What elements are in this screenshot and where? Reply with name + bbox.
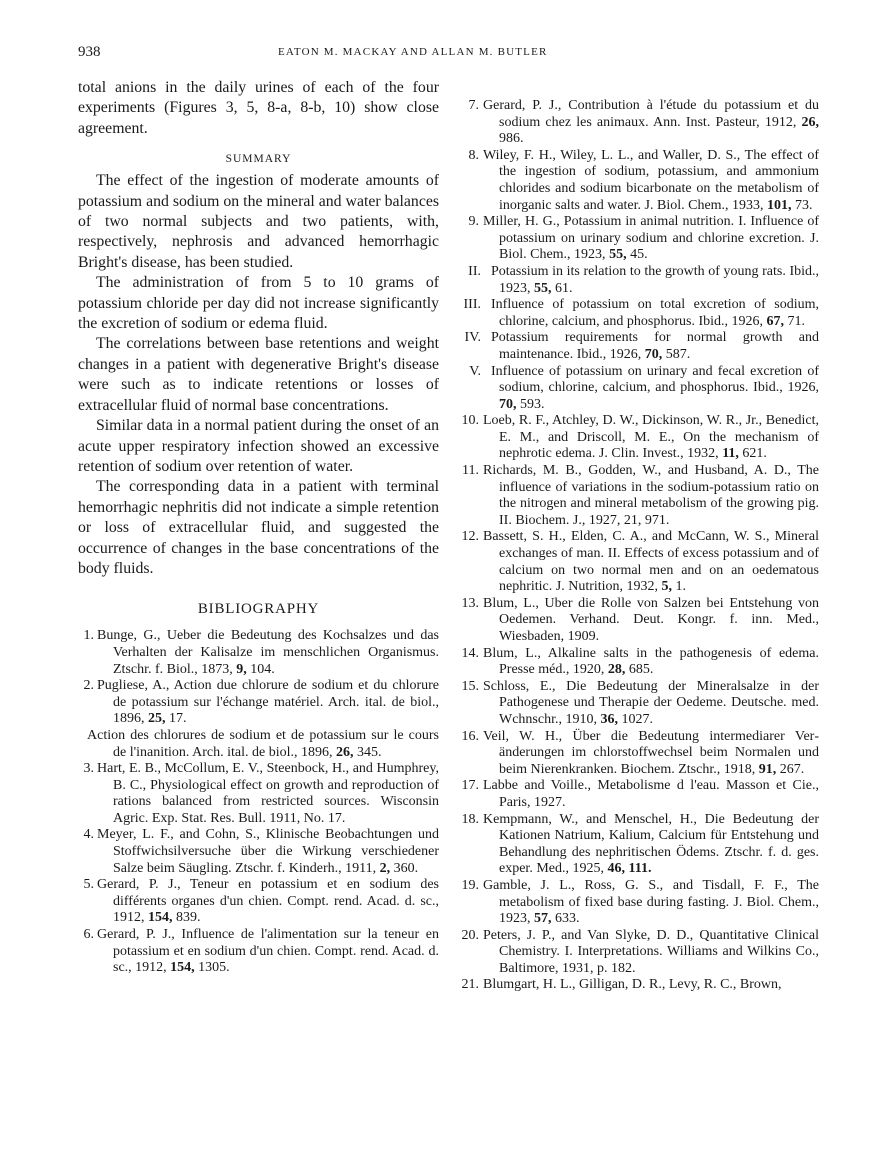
page-number: 938 xyxy=(78,44,101,61)
entry-pages: 1305. xyxy=(195,960,230,975)
entry-number: 15. xyxy=(457,679,479,696)
bibliography-entry: 13.Blum, L., Uber die Rolle von Salzen b… xyxy=(463,596,819,646)
entry-number: 19. xyxy=(457,878,479,895)
bibliography-entry: 8.Wiley, F. H., Wiley, L. L., and Waller… xyxy=(463,148,819,214)
entry-volume: 55, xyxy=(534,281,552,296)
running-head: 938 EATON M. MACKAY AND ALLAN M. BUTLER xyxy=(78,44,818,64)
bibliography-entry: 20.Peters, J. P., and Van Slyke, D. D., … xyxy=(463,928,819,978)
entry-volume: 5, xyxy=(662,579,673,594)
bibliography-entry: V.Influence of potassium on urinary and … xyxy=(463,364,819,414)
entry-pages: 685. xyxy=(625,662,653,677)
entry-pages: 986. xyxy=(499,131,524,146)
entry-pages: 587. xyxy=(662,347,690,362)
summary-paragraph: The effect of the ingestion of moderate … xyxy=(78,171,439,273)
bibliography-entry: 9.Miller, H. G., Potassium in animal nut… xyxy=(463,214,819,264)
bibliography-entry: 3.Hart, E. B., McCollum, E. V., Steenboc… xyxy=(78,761,439,827)
entry-text: Blum, L., Uber die Rolle von Salzen bei … xyxy=(483,596,819,644)
entry-number: 16. xyxy=(457,729,479,746)
left-column: total anions in the daily urines of each… xyxy=(78,78,439,977)
entry-volume: 91, xyxy=(759,762,777,777)
bibliography-list-right: 7.Gerard, P. J., Contribution à l'étude … xyxy=(463,98,819,994)
entry-text: Gerard, P. J., Contribution à l'étude du… xyxy=(483,98,819,130)
entry-number: 17. xyxy=(457,778,479,795)
entry-volume: 28, xyxy=(608,662,626,677)
entry-number: 11. xyxy=(457,463,479,480)
entry-number: 21. xyxy=(457,977,479,994)
entry-number: 18. xyxy=(457,812,479,829)
bibliography-entry: 7.Gerard, P. J., Contribution à l'étude … xyxy=(463,98,819,148)
entry-number: II. xyxy=(459,264,481,281)
entry-text: Bassett, S. H., Elden, C. A., and McCann… xyxy=(483,529,819,594)
bibliography-entry: II.Potassium in its relation to the grow… xyxy=(463,264,819,297)
entry-volume: 154, xyxy=(170,960,195,975)
bibliography-entry: IV.Potassium requirements for normal gro… xyxy=(463,330,819,363)
entry-number: 7. xyxy=(457,98,479,115)
entry-pages: 104. xyxy=(247,662,275,677)
entry-text: Richards, M. B., Godden, W., and Husband… xyxy=(483,463,819,528)
right-column: 7.Gerard, P. J., Contribution à l'étude … xyxy=(463,98,819,994)
bibliography-entry: 18.Kempmann, W., and Menschel, H., Die B… xyxy=(463,812,819,878)
entry-volume: 101, xyxy=(767,198,792,213)
summary-paragraph: Similar data in a normal patient during … xyxy=(78,416,439,477)
running-head-authors: EATON M. MACKAY AND ALLAN M. BUTLER xyxy=(278,46,548,58)
bibliography-list-left: 1.Bunge, G., Ueber die Bedeutung des Koc… xyxy=(78,628,439,976)
bibliography-entry: 15.Schloss, E., Die Bedeutung der Minera… xyxy=(463,679,819,729)
entry-volume: 55, xyxy=(609,247,627,262)
entry-pages: 839. xyxy=(173,910,201,925)
entry-text: Miller, H. G., Potassium in animal nutri… xyxy=(483,214,819,262)
summary-paragraph: The administration of from 5 to 10 grams… xyxy=(78,273,439,334)
bibliography-entry: 4.Meyer, L. F., and Cohn, S., Klinische … xyxy=(78,827,439,877)
entry-volume: 36, xyxy=(600,712,618,727)
entry-pages: 267. xyxy=(776,762,804,777)
entry-number: 6. xyxy=(80,927,94,944)
bibliography-entry: 5.Gerard, P. J., Teneur en potassium et … xyxy=(78,877,439,927)
bibliography-entry: 17.Labbe and Voille., Metabolisme d l'ea… xyxy=(463,778,819,811)
entry-number: V. xyxy=(459,364,481,381)
bibliography-entry: Action des chlorures de sodium et de pot… xyxy=(78,728,439,761)
bibliography-entry: 2.Pugliese, A., Action due chlorure de s… xyxy=(78,678,439,728)
entry-number: 12. xyxy=(457,529,479,546)
bibliography-entry: III.Influence of potassium on total excr… xyxy=(463,297,819,330)
entry-number: III. xyxy=(459,297,481,314)
entry-number: 8. xyxy=(457,148,479,165)
bibliography-entry: 6.Gerard, P. J., Influence de l'alimenta… xyxy=(78,927,439,977)
entry-volume: 26, xyxy=(336,745,354,760)
entry-number: 4. xyxy=(80,827,94,844)
entry-text: Blumgart, H. L., Gilligan, D. R., Levy, … xyxy=(483,977,782,992)
entry-number: 10. xyxy=(457,413,479,430)
summary-paragraph: The correlations between base retentions… xyxy=(78,334,439,416)
entry-pages: 593. xyxy=(517,397,545,412)
entry-pages: 1027. xyxy=(618,712,653,727)
entry-pages: 1. xyxy=(672,579,686,594)
bibliography-entry: 10.Loeb, R. F., Atchley, D. W., Dickinso… xyxy=(463,413,819,463)
entry-text: Action des chlorures de sodium et de pot… xyxy=(87,728,439,760)
entry-volume: 2, xyxy=(380,861,391,876)
entry-volume: 57, xyxy=(534,911,552,926)
entry-volume: 154, xyxy=(148,910,173,925)
entry-text: Influence of potassium on urinary and fe… xyxy=(491,364,819,396)
entry-number: IV. xyxy=(459,330,481,347)
entry-number: 13. xyxy=(457,596,479,613)
entry-volume: 70, xyxy=(645,347,663,362)
bibliography-entry: 19.Gamble, J. L., Ross, G. S., and Tisda… xyxy=(463,878,819,928)
entry-pages: 17. xyxy=(166,711,187,726)
entry-pages: 621. xyxy=(739,446,767,461)
summary-paragraph: The corresponding data in a patient with… xyxy=(78,477,439,579)
entry-text: Hart, E. B., McCollum, E. V., Steenbock,… xyxy=(97,761,439,826)
bibliography-entry: 11.Richards, M. B., Godden, W., and Husb… xyxy=(463,463,819,529)
entry-pages: 61. xyxy=(552,281,573,296)
entry-volume: 9, xyxy=(236,662,247,677)
entry-pages: 633. xyxy=(552,911,580,926)
entry-pages: 360. xyxy=(390,861,418,876)
entry-number: 9. xyxy=(457,214,479,231)
entry-pages: 73. xyxy=(792,198,813,213)
entry-pages: 345. xyxy=(354,745,382,760)
entry-text: Loeb, R. F., Atchley, D. W., Dickinson, … xyxy=(483,413,819,461)
bibliography-entry: 1.Bunge, G., Ueber die Bedeutung des Koc… xyxy=(78,628,439,678)
entry-volume: 11, xyxy=(722,446,739,461)
bibliography-entry: 12.Bassett, S. H., Elden, C. A., and McC… xyxy=(463,529,819,595)
entry-number: 2. xyxy=(80,678,94,695)
entry-pages: 71. xyxy=(784,314,805,329)
entry-volume: 46, 111. xyxy=(607,861,651,876)
bibliography-entry: 21.Blumgart, H. L., Gilligan, D. R., Lev… xyxy=(463,977,819,994)
entry-volume: 67, xyxy=(767,314,785,329)
summary-heading: SUMMARY xyxy=(78,153,439,165)
bibliography-entry: 16.Veil, W. H., Über die Bedeutung inter… xyxy=(463,729,819,779)
continued-paragraph: total anions in the daily urines of each… xyxy=(78,78,439,139)
entry-volume: 70, xyxy=(499,397,517,412)
entry-number: 5. xyxy=(80,877,94,894)
entry-text: Peters, J. P., and Van Slyke, D. D., Qua… xyxy=(483,928,819,976)
entry-text: Labbe and Voille., Metabolisme d l'eau. … xyxy=(483,778,819,810)
entry-volume: 26, xyxy=(802,115,820,130)
entry-number: 20. xyxy=(457,928,479,945)
entry-number: 14. xyxy=(457,646,479,663)
entry-volume: 25, xyxy=(148,711,166,726)
entry-number: 1. xyxy=(80,628,94,645)
entry-text: Gerard, P. J., Influence de l'alimentati… xyxy=(97,927,439,975)
bibliography-entry: 14.Blum, L., Alkaline salts in the patho… xyxy=(463,646,819,679)
entry-number: 3. xyxy=(80,761,94,778)
bibliography-heading: BIBLIOGRAPHY xyxy=(78,601,439,618)
entry-pages: 45. xyxy=(627,247,648,262)
